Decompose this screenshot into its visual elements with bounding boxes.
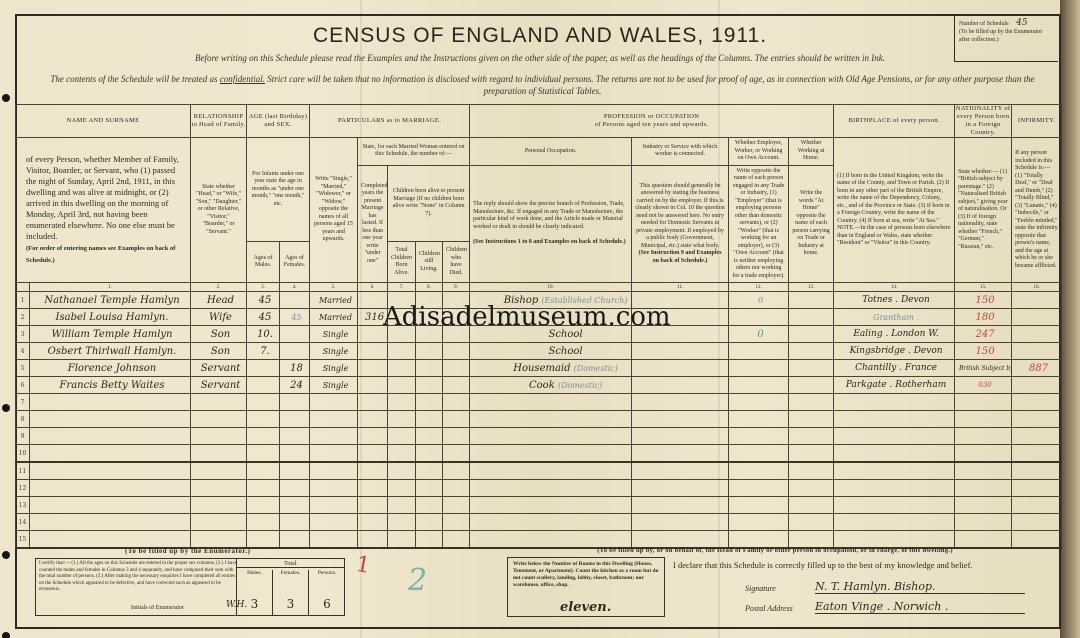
employer-status: [729, 360, 789, 377]
industry-inst-text: This question should generally be answer…: [635, 183, 725, 249]
nationality-cell: British Subject by parentage.: [955, 360, 1012, 377]
at-home: [789, 343, 834, 360]
occupation-subtitle: of Persons aged ten years and upwards.: [595, 121, 709, 128]
occupation-detail: (Domestic): [574, 364, 618, 373]
table-row: 10: [16, 445, 1062, 463]
enumerator-initials-label: Initials of Enumerator: [131, 605, 184, 611]
colnum: 5.: [310, 283, 358, 292]
enumerator-label: (To be filled up by the Enumerator.): [125, 547, 250, 555]
confidential-word: confidential.: [220, 74, 265, 84]
age-female: [280, 343, 310, 360]
colnum: 3.: [247, 283, 280, 292]
condition-instructions: Write "Single," "Married," "Widower," or…: [310, 138, 358, 283]
colnum-blank: [16, 283, 30, 292]
persons-label: Persons.: [318, 570, 337, 576]
person-name: Francis Betty Waites: [30, 377, 191, 394]
schedule-number-box: Number of Schedule 45 (To be filled up b…: [954, 15, 1058, 62]
enumerator-box: I certify that:— (1.) All the ages on th…: [35, 558, 345, 616]
age-female: [280, 326, 310, 343]
watermark: Adisadelmuseum.com: [383, 302, 671, 332]
children-living-header: Children still Living.: [416, 242, 443, 283]
marital-condition: Married: [310, 309, 358, 326]
colnum: 11.: [632, 283, 729, 292]
children-living: [416, 377, 443, 394]
relationship-header: RELATIONSHIP to Head of Family.: [191, 105, 247, 138]
age-female: 18: [280, 360, 310, 377]
occupation: Cook: [529, 380, 555, 391]
coding-mark: 150: [955, 343, 1012, 360]
declaration: I declare that this Schedule is correctl…: [673, 560, 973, 570]
schedule-number-label: Number of Schedule: [959, 21, 1009, 27]
age-header: AGE (last Birthday) and SEX.: [247, 105, 310, 138]
industry-instructions: This question should generally be answer…: [632, 165, 729, 283]
row-number: 8: [16, 411, 30, 428]
schedule-number-note: (To be filled up by the Enumerator after…: [959, 29, 1042, 43]
infirmity: [1012, 326, 1062, 343]
infirmity-header: INFIRMITY.: [1012, 105, 1062, 138]
person-name: Osbert Thirlwall Hamlyn.: [30, 343, 191, 360]
relationship: Head: [191, 292, 247, 309]
industry: [632, 377, 729, 394]
infirmity: [1012, 343, 1062, 360]
colnum: 7.: [388, 283, 416, 292]
occupation: School: [470, 343, 632, 360]
males-value: 3: [237, 597, 272, 611]
persons-value: 6: [309, 597, 345, 611]
total-persons: Persons. 6: [309, 570, 345, 615]
total-children-header: Total Children Born Alive.: [388, 242, 416, 283]
row-number: 10: [16, 445, 30, 463]
table-row: 13: [16, 497, 1062, 514]
infirmity: [1012, 377, 1062, 394]
row-number: 15: [16, 531, 30, 549]
years-married: [358, 360, 388, 377]
address-label: Postal Address: [745, 604, 793, 613]
row-number: 7: [16, 394, 30, 411]
schedule-number: 45: [1016, 18, 1027, 28]
employer-status: [729, 343, 789, 360]
row-number: 14: [16, 514, 30, 531]
row-number: 5: [16, 360, 30, 377]
header-row-1: NAME AND SURNAME RELATIONSHIP to Head of…: [16, 105, 1062, 138]
colnum: 9.: [443, 283, 470, 292]
row-number: 6: [16, 377, 30, 394]
coding-mark: 887: [1012, 360, 1062, 377]
colnum: 2.: [191, 283, 247, 292]
rooms-value: eleven.: [560, 600, 611, 615]
age-instructions: For Infants under one year state the age…: [247, 138, 310, 242]
colnum: 10.: [470, 283, 632, 292]
infirmity: [1012, 309, 1062, 326]
children-died: [443, 377, 470, 394]
row-number: 13: [16, 497, 30, 514]
females-value: 3: [273, 597, 308, 611]
children-died: [443, 360, 470, 377]
table-row: 15: [16, 531, 1062, 549]
birthplace-instructions: (1) If born in the United Kingdom, write…: [834, 138, 955, 283]
birthplace: Totnes . Devon: [834, 292, 955, 309]
children-died: [443, 343, 470, 360]
nationality-header: NATIONALITY of every Person born in a Fo…: [955, 105, 1012, 138]
row-number: 3: [16, 326, 30, 343]
employer-instructions: Write opposite the name of each person e…: [729, 165, 789, 283]
married-woman-instructions: State, for each Married Woman entered on…: [358, 138, 470, 166]
nationality-instructions: State whether:— (1) "British subject by …: [955, 138, 1012, 283]
header-row-2: of every Person, whether Member of Famil…: [16, 138, 1062, 166]
relationship: Son: [191, 343, 247, 360]
employer-status: [729, 377, 789, 394]
personal-inst-text: The reply should show the precise branch…: [473, 201, 624, 230]
birthplace: Kingsbridge . Devon: [834, 343, 955, 360]
table-row: 11: [16, 462, 1062, 480]
occupation-detail: (Domestic): [558, 381, 602, 390]
table-row: 14: [16, 514, 1062, 531]
colnum: 4.: [280, 283, 310, 292]
signature-label: Signature: [745, 584, 776, 593]
head-of-family-label: (To be filled up by, or on behalf of, th…: [510, 547, 1040, 554]
table-row: 8: [16, 411, 1062, 428]
birthplace: Grantham .: [834, 309, 955, 326]
home-instructions: Write the words "At Home" opposite the n…: [789, 165, 834, 283]
personal-occupation-instructions: The reply should show the precise branch…: [470, 165, 632, 283]
column-number-row: 1. 2. 3. 4. 5. 6. 7. 8. 9. 10. 11. 12. 1…: [16, 283, 1062, 292]
coding-mark: 030: [955, 377, 1012, 394]
enumerator-certification: I certify that:— (1.) All the ages on th…: [39, 561, 239, 594]
name-note: (For order of entering names see Example…: [26, 245, 175, 264]
at-home: [789, 309, 834, 326]
table-row: 7: [16, 394, 1062, 411]
person-name: Nathanael Temple Hamlyn: [30, 292, 191, 309]
industry-header: Industry or Service with which worker is…: [632, 138, 729, 166]
marital-condition: Single: [310, 326, 358, 343]
colnum: 14.: [834, 283, 955, 292]
children-died-header: Children who have Died.: [443, 242, 470, 283]
marital-condition: Single: [310, 377, 358, 394]
children-living: [416, 343, 443, 360]
occupation-title: PROFESSION or OCCUPATION: [604, 113, 699, 120]
row-number: 4: [16, 343, 30, 360]
postal-address: Eaton Vinge . Norwich .: [815, 600, 1025, 614]
employer-status: 0: [729, 326, 789, 343]
total-males: Males. 3: [237, 570, 273, 615]
children-living: [416, 360, 443, 377]
children-total: [388, 360, 416, 377]
at-home: [789, 326, 834, 343]
coding-mark: 150: [955, 292, 1012, 309]
years-married-instructions: Completed years the present Marriage has…: [358, 165, 388, 283]
relationship: Son: [191, 326, 247, 343]
rooms-instruction: Write below the Number of Rooms in this …: [513, 561, 658, 588]
marital-condition: Single: [310, 343, 358, 360]
industry: [632, 360, 729, 377]
birthplace: Chantilly . France: [834, 360, 955, 377]
children-total: [388, 377, 416, 394]
name-header: NAME AND SURNAME: [16, 105, 191, 138]
at-home: [789, 292, 834, 309]
age-male: [247, 377, 280, 394]
table-row: 4 Osbert Thirlwall Hamlyn. Son 7. Single…: [16, 343, 1062, 360]
at-home: [789, 377, 834, 394]
table-row: 12: [16, 480, 1062, 497]
marital-condition: Married: [310, 292, 358, 309]
age-male: 7.: [247, 343, 280, 360]
colnum: 16.: [1012, 283, 1062, 292]
punch-hole: [2, 94, 10, 102]
age-male: 45: [247, 309, 280, 326]
relationship-instructions: State whether "Head," or "Wife," "Son," …: [191, 138, 247, 283]
marital-condition: Single: [310, 360, 358, 377]
age-female: 24: [280, 377, 310, 394]
years-married: [358, 343, 388, 360]
coding-mark: 247: [955, 326, 1012, 343]
totals-box: Total. Males. 3 Females. 3 Persons. 6: [236, 559, 345, 615]
colnum: 15.: [955, 283, 1012, 292]
punch-hole: [2, 551, 10, 559]
green-annotation: 2: [408, 563, 427, 598]
row-number: 1: [16, 292, 30, 309]
name-instructions: of every Person, whether Member of Famil…: [16, 138, 191, 283]
colnum: 1.: [30, 283, 191, 292]
form-instruction: Before writing on this Schedule please r…: [160, 53, 920, 63]
ages-females-header: Ages of Females.: [280, 242, 310, 283]
personal-note: (See Instructions 1 to 8 and Examples on…: [473, 239, 626, 245]
industry: [632, 343, 729, 360]
relationship: Servant: [191, 377, 247, 394]
colnum: 6.: [358, 283, 388, 292]
age-male: [247, 360, 280, 377]
marriage-header: PARTICULARS as to MARRIAGE.: [310, 105, 470, 138]
table-row: 5 Florence Johnson Servant 18 Single Hou…: [16, 360, 1062, 377]
children-total: [388, 343, 416, 360]
punch-hole: [2, 632, 10, 638]
home-header: Whether Working at Home.: [789, 138, 834, 166]
person-name: Florence Johnson: [30, 360, 191, 377]
age-male: 45: [247, 292, 280, 309]
industry-note: (See Instruction 9 and Examples on back …: [639, 250, 722, 264]
employer-status: 0: [729, 292, 789, 309]
children-instructions: Children born alive to present Marriage …: [388, 165, 470, 242]
infirmity-instructions: If any person included in this Schedule …: [1012, 138, 1062, 283]
age-male: 10.: [247, 326, 280, 343]
age-female: 45: [280, 309, 310, 326]
total-females: Females. 3: [273, 570, 309, 615]
relationship: Wife: [191, 309, 247, 326]
person-name: Isabel Louisa Hamlyn.: [30, 309, 191, 326]
birthplace: Ealing . London W.: [834, 326, 955, 343]
birthplace-header: BIRTHPLACE of every person.: [834, 105, 955, 138]
colnum: 8.: [416, 283, 443, 292]
at-home: [789, 360, 834, 377]
row-number: 2: [16, 309, 30, 326]
personal-occupation-header: Personal Occupation.: [470, 138, 632, 166]
punch-hole: [2, 404, 10, 412]
females-label: Females.: [281, 570, 301, 576]
table-row: 6 Francis Betty Waites Servant 24 Single…: [16, 377, 1062, 394]
employer-status: [729, 309, 789, 326]
age-female: [280, 292, 310, 309]
occupation-header: PROFESSION or OCCUPATION of Persons aged…: [470, 105, 834, 138]
occupation-cell: Housemaid (Domestic): [470, 360, 632, 377]
ages-males-header: Ages of Males.: [247, 242, 280, 283]
infirmity: [1012, 292, 1062, 309]
years-married: [358, 377, 388, 394]
colnum: 12.: [729, 283, 789, 292]
relationship: Servant: [191, 360, 247, 377]
name-instruction-text: of every Person, whether Member of Famil…: [26, 154, 179, 241]
binding-edge: [1060, 0, 1080, 638]
row-number: 11: [16, 462, 30, 480]
birthplace: Parkgate . Rotherham: [834, 377, 955, 394]
person-name: William Temple Hamlyn: [30, 326, 191, 343]
occupation-cell: Cook (Domestic): [470, 377, 632, 394]
signature: N. T. Hamlyn. Bishop.: [815, 580, 1025, 594]
confidentiality-notice: The contents of the Schedule will be tre…: [30, 73, 1055, 97]
males-label: Males.: [247, 570, 262, 576]
confidential-suffix: Strict care will be taken that no inform…: [267, 74, 1034, 96]
employer-header: Whether Employer, Worker, or Working on …: [729, 138, 789, 166]
coding-mark: 180: [955, 309, 1012, 326]
row-number: 12: [16, 480, 30, 497]
occupation: Housemaid: [513, 363, 570, 374]
form-title: CENSUS OF ENGLAND AND WALES, 1911.: [0, 24, 1080, 48]
totals-label: Total.: [237, 561, 345, 568]
row-number: 9: [16, 428, 30, 445]
colnum: 13.: [789, 283, 834, 292]
table-row: 9: [16, 428, 1062, 445]
confidential-prefix: The contents of the Schedule will be tre…: [50, 74, 217, 84]
nationality: British Subject by parentage.: [959, 365, 1012, 372]
